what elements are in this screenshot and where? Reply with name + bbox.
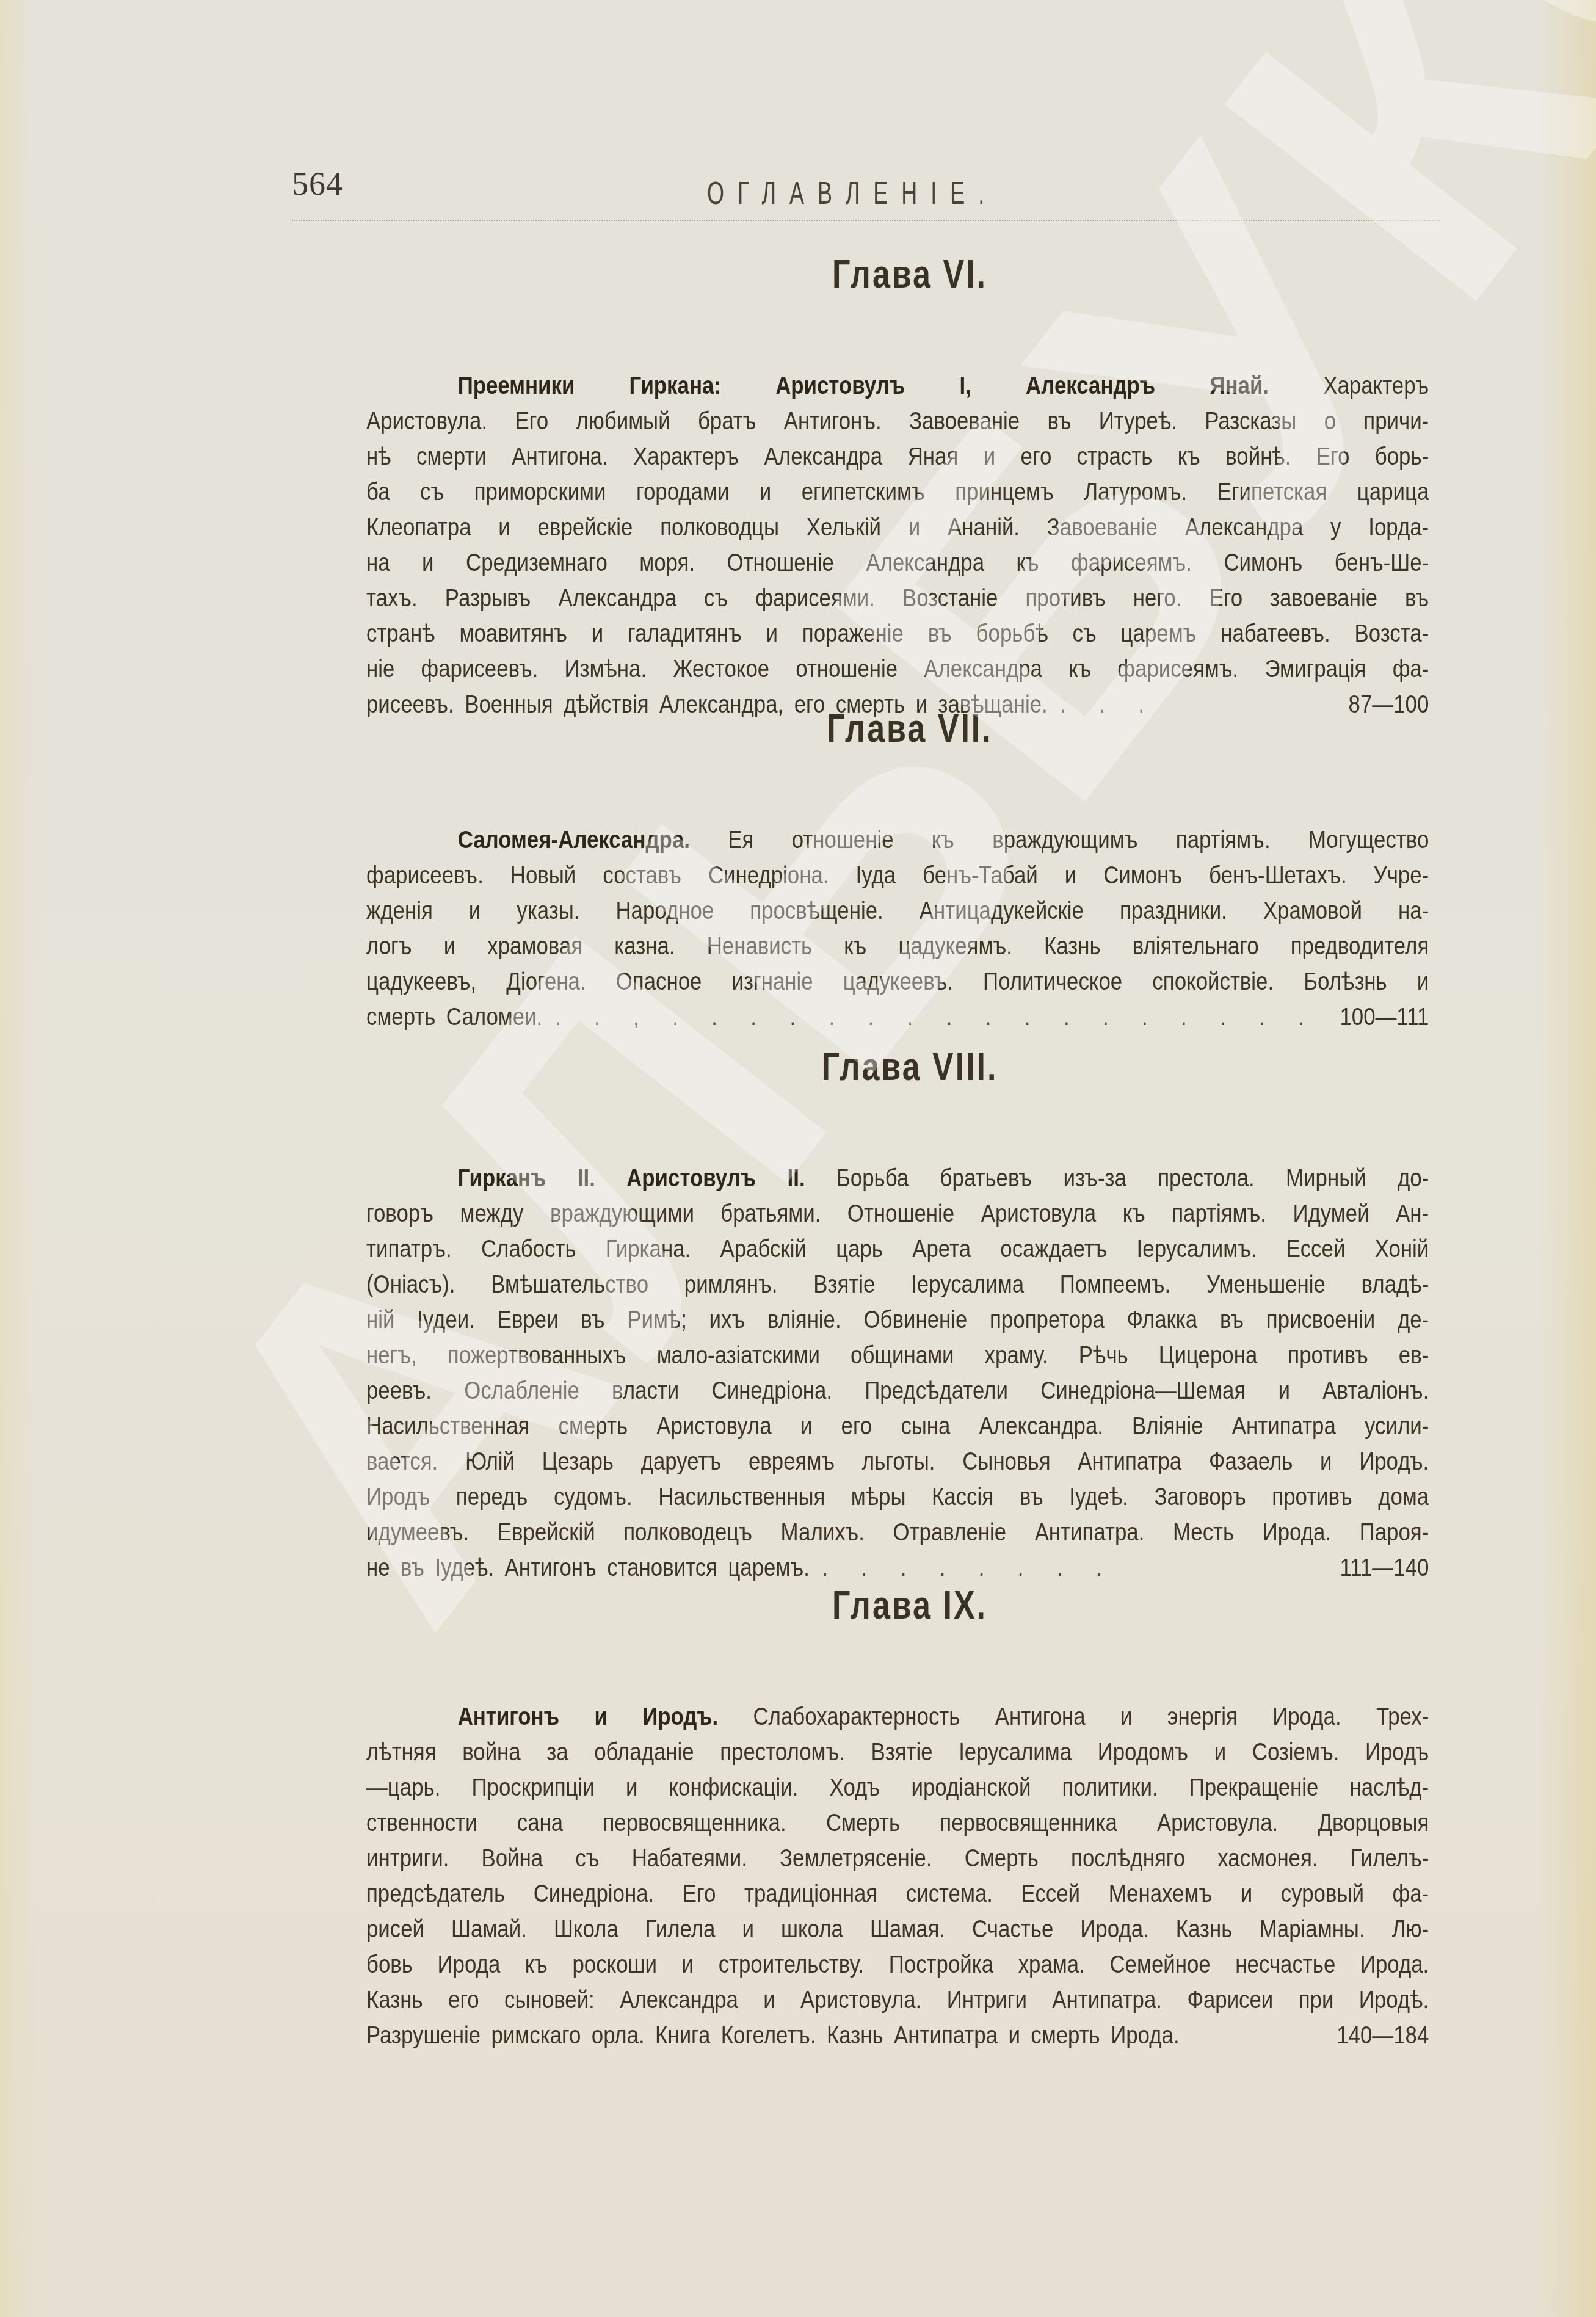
word: и	[469, 896, 481, 925]
word: въ	[1220, 1305, 1244, 1334]
book-page: АЛЬБУКС 564 ОГЛАВЛЕНІЕ. Глава VI. Преемн…	[0, 0, 1596, 2317]
chapter-title: Глава VIII.	[366, 1045, 1429, 1090]
word: негъ,	[366, 1341, 417, 1369]
word: суровый	[1281, 1879, 1364, 1908]
word: Іудеѣ.	[1069, 1482, 1128, 1511]
word: Уменьшеніе	[1206, 1270, 1326, 1299]
chapter-title: Глава VI.	[366, 252, 1429, 298]
word: еврейскіе	[538, 513, 633, 542]
word: партіямъ.	[1176, 825, 1271, 854]
word: враждующими	[550, 1199, 694, 1228]
entry-first-line: Саломея-Александра.Еяотношеніекъвраждующ…	[366, 825, 1429, 861]
word: Александра	[924, 654, 1042, 683]
word: страсть	[1077, 442, 1153, 471]
word: Созіемъ.	[1252, 1738, 1340, 1766]
word: ихъ	[709, 1305, 745, 1334]
word: Діогена.	[506, 967, 586, 996]
word: послѣдняго	[1071, 1844, 1185, 1873]
word: въ	[581, 1305, 604, 1334]
word: противъ	[1288, 1341, 1368, 1369]
word: фарисеямъ.	[1117, 654, 1238, 683]
word: Александра	[558, 584, 676, 612]
word: дома	[1378, 1482, 1429, 1511]
word: рисей	[366, 1915, 424, 1943]
word: Фазаель	[1209, 1447, 1293, 1476]
word: храма.	[1018, 1950, 1085, 1979]
word: Флакка	[1127, 1305, 1198, 1334]
entry-lead-word: Александръ	[1026, 371, 1155, 400]
entry-lead-word: Аристовулъ	[626, 1164, 756, 1192]
word: пораженіе	[802, 619, 904, 648]
word: и	[1241, 1879, 1252, 1908]
entry-lead-word: Антигонъ	[458, 1702, 559, 1731]
word: Могущество	[1308, 825, 1429, 854]
entry-first-line: ПреемникиГиркана:АристовулъI,АлександръЯ…	[366, 371, 1429, 407]
word: Аристовула.	[800, 1985, 921, 2014]
word: наслѣд-	[1350, 1773, 1429, 1802]
page-header: 564 ОГЛАВЛЕНІЕ.	[292, 165, 1440, 208]
word: Итуреѣ.	[1099, 407, 1177, 435]
word: Политическое	[983, 967, 1122, 996]
entry-line: Иродъпередъсудомъ.НасильственныямѣрыКасс…	[366, 1482, 1429, 1518]
entry-line: говоръмеждувраждующимибратьями.Отношеніе…	[366, 1199, 1429, 1235]
word: первосвященника.	[603, 1808, 786, 1837]
word: Взятіе	[871, 1738, 932, 1766]
word: и	[763, 1985, 775, 2014]
word: къ	[1123, 1199, 1145, 1228]
word: пожертвованныхъ	[448, 1341, 626, 1369]
word: Возста-	[1354, 619, 1429, 648]
word: Набатеями.	[632, 1844, 747, 1873]
word: (Оніасъ).	[366, 1270, 455, 1299]
word: указы.	[517, 896, 579, 925]
word: Дворцовыя	[1318, 1808, 1429, 1837]
entry-line: басъприморскимигородамииегипетскимъпринц…	[366, 477, 1429, 513]
word: Семейное	[1109, 1950, 1210, 1979]
word: его	[1021, 442, 1052, 471]
word: и	[909, 513, 920, 542]
word: Египетская	[1217, 477, 1327, 506]
word: на-	[1398, 896, 1429, 925]
entry-line: жденіяиуказы.Народноепросвѣщеніе.Антицад…	[366, 896, 1429, 932]
entry-line: —царь.Проскрипціииконфискаціи.Ходъиродіа…	[366, 1773, 1429, 1808]
word: бенъ-Табай	[923, 861, 1038, 890]
word: галадитянъ	[628, 619, 742, 648]
word: Александра.	[979, 1412, 1103, 1440]
word: Смерть	[965, 1844, 1039, 1873]
word: Антипатра	[1078, 1447, 1181, 1476]
word: за	[546, 1738, 568, 1766]
word: судомъ.	[554, 1482, 633, 1511]
word: жденія	[366, 896, 433, 925]
word: Синедріона.	[712, 1376, 833, 1405]
word: Слабохарактерность	[753, 1702, 960, 1731]
word: братьевъ	[940, 1164, 1032, 1192]
word: Ирода.	[1272, 1702, 1341, 1731]
word: него.	[1133, 584, 1182, 612]
word: принцемъ	[955, 477, 1054, 506]
word: къ	[1068, 654, 1091, 683]
word: Вмѣшательство	[491, 1270, 648, 1299]
word: Его	[1316, 442, 1350, 471]
word: мѣры	[851, 1482, 906, 1511]
word: Еврейскій	[498, 1518, 595, 1546]
word: владѣ-	[1362, 1270, 1429, 1299]
entry-line: Казньегосыновей:АлександраиАристовула.Ин…	[366, 1985, 1429, 2021]
word: съ	[704, 584, 728, 612]
word: говоръ	[366, 1199, 433, 1228]
word: Разсказы	[1205, 407, 1296, 435]
word: и	[444, 932, 455, 960]
entry-line: фарисеевъ.НовыйсоставъСинедріона.Іудабен…	[366, 861, 1429, 896]
word: войнѣ.	[1225, 442, 1291, 471]
entry-line: цадукеевъ,Діогена.Опасноеизгнаніецадукее…	[366, 967, 1429, 1003]
word: Насильственная	[366, 1412, 529, 1440]
word: де-	[1398, 1305, 1429, 1334]
word: отношеніе	[792, 825, 894, 854]
word: цадукеямъ.	[899, 932, 1012, 960]
word: Учре-	[1374, 861, 1429, 890]
word: Александра	[620, 1985, 738, 2014]
word: Евреи	[498, 1305, 559, 1334]
chapter-entry: ГирканъII.АристовулъII.Борьбабратьевъизъ…	[366, 1164, 1429, 1589]
word: Помпеемъ.	[1060, 1270, 1170, 1299]
entry-line: предсѣдательСинедріона.Еготрадиціоннаяси…	[366, 1879, 1429, 1915]
word: лѣтняя	[366, 1738, 437, 1766]
word: Ходъ	[830, 1773, 880, 1802]
dot-leader: . . . . . . . .	[810, 1553, 1330, 1582]
word: ственности	[366, 1808, 477, 1837]
word: къ	[1017, 548, 1039, 577]
word: передъ	[456, 1482, 528, 1511]
word: Арета	[912, 1235, 971, 1263]
word: цадукеевъ,	[366, 967, 476, 996]
word: Кассія	[932, 1482, 993, 1511]
word: энергія	[1167, 1702, 1238, 1731]
word: и	[1214, 1738, 1226, 1766]
entry-text: смерть Саломеи.	[366, 1003, 542, 1031]
word: фарисеями.	[755, 584, 875, 612]
word: Счастье	[972, 1915, 1053, 1943]
word: съ	[575, 1844, 599, 1873]
word: идумеевъ.	[366, 1518, 469, 1546]
entry-first-line: ГирканъII.АристовулъII.Борьбабратьевъизъ…	[366, 1164, 1429, 1199]
word: и	[984, 442, 995, 471]
word: на	[366, 548, 390, 577]
word: Ея	[728, 825, 753, 854]
word: Іерусалима	[911, 1270, 1024, 1299]
word: царица	[1357, 477, 1429, 506]
page-range: 111—140	[1330, 1553, 1429, 1582]
word: къ	[525, 1950, 548, 1979]
word: Его	[515, 407, 548, 435]
word: изъ-за	[1063, 1164, 1126, 1192]
word: казна.	[614, 932, 675, 960]
word: первосвященника	[940, 1808, 1117, 1837]
word: противъ	[1272, 1482, 1352, 1511]
entry-line: наиСредиземнагоморя.ОтношеніеАлександрак…	[366, 548, 1429, 584]
word: спокойствіе.	[1152, 967, 1274, 996]
chapter-6: Глава VI. ПреемникиГиркана:АристовулъI,А…	[366, 256, 1429, 725]
word: общинами	[851, 1341, 954, 1369]
word: Антигона	[995, 1702, 1086, 1731]
word: Цицерона	[1159, 1341, 1258, 1369]
word: Іуда	[856, 861, 896, 890]
word: престоломъ.	[720, 1738, 845, 1766]
word: льготы.	[862, 1447, 935, 1476]
chapter-9: Глава IX. АнтигонъиИродъ.Слабохарактерно…	[366, 1587, 1429, 2056]
word: составъ	[603, 861, 681, 890]
word: война	[462, 1738, 521, 1766]
word: Арабскій	[720, 1235, 807, 1263]
word: Отравленіе	[893, 1518, 1007, 1546]
word: Аристовула.	[366, 407, 487, 435]
word: Ослабленіе	[464, 1376, 579, 1405]
word: несчастье	[1235, 1950, 1335, 1979]
word: и	[800, 1412, 812, 1440]
chapter-entry: Саломея-Александра.Еяотношеніекъвраждующ…	[366, 825, 1429, 1038]
word: Война	[481, 1844, 543, 1873]
word: Фарисеи	[1187, 1985, 1273, 2014]
entry-lead-word: Гирканъ	[458, 1164, 546, 1192]
word: и	[1417, 967, 1429, 996]
word: Шамай.	[451, 1915, 527, 1943]
entry-text: не въ Іудеѣ. Антигонъ становится царемъ.	[366, 1553, 810, 1582]
chapter-entry: ПреемникиГиркана:АристовулъI,АлександръЯ…	[366, 371, 1429, 725]
word: Обвиненіе	[863, 1305, 967, 1334]
word: и	[1279, 1376, 1290, 1405]
entry-line: тахъ.РазрывъАлександрасъфарисеями.Возста…	[366, 584, 1429, 619]
word: Измѣна.	[565, 654, 647, 683]
word: Иродъ	[1365, 1738, 1429, 1766]
word: вается.	[366, 1447, 438, 1476]
word: Іерусалима	[959, 1738, 1072, 1766]
word: братъ	[698, 407, 756, 435]
word: Малихъ.	[781, 1518, 865, 1546]
word: Цезарь	[542, 1447, 614, 1476]
word: Народное	[615, 896, 714, 925]
word: Постройка	[889, 1950, 993, 1979]
word: нѣ	[366, 442, 391, 471]
word: Ан-	[1396, 1199, 1429, 1228]
word: и	[1065, 861, 1076, 890]
word: Идумей	[1293, 1199, 1369, 1228]
word: его	[448, 1985, 479, 2014]
word: Отношеніе	[847, 1199, 954, 1228]
word: Антигона.	[512, 442, 608, 471]
word: Ирода.	[1263, 1518, 1331, 1546]
entry-line: реевъ.ОслабленіевластиСинедріона.Предсѣд…	[366, 1376, 1429, 1412]
word: Хелькій	[807, 513, 881, 542]
word: изгнаніе	[732, 967, 813, 996]
word: Ананій.	[948, 513, 1020, 542]
entry-line: бовьИродакъроскошиистроительству.Построй…	[366, 1950, 1429, 1985]
word: фарисеямъ.	[1071, 548, 1192, 577]
word: и	[742, 1915, 753, 1943]
word: и	[498, 513, 510, 542]
entry-lead-word: I,	[959, 371, 971, 400]
word: тахъ.	[366, 584, 418, 612]
word: Маріамны.	[1259, 1915, 1365, 1943]
word: Іерусалимъ.	[1137, 1235, 1257, 1263]
word: Интриги	[947, 1985, 1027, 2014]
word: Насильственныя	[658, 1482, 825, 1511]
word: въ	[1020, 1482, 1043, 1511]
word: иродіанской	[911, 1773, 1031, 1802]
word: евреямъ	[749, 1447, 835, 1476]
word: и	[760, 477, 771, 506]
word: Хоній	[1375, 1235, 1429, 1263]
entry-last-line: смерть Саломеи. . . , . . . . . . . . . …	[366, 1003, 1429, 1038]
word: традиціонная	[744, 1879, 877, 1908]
word: Ессей	[1286, 1235, 1346, 1263]
word: Храмовой	[1263, 896, 1362, 925]
word: —царь.	[366, 1773, 440, 1802]
word: сына	[901, 1412, 950, 1440]
word: школа	[781, 1915, 843, 1943]
word: сана	[517, 1808, 563, 1837]
entry-text: Разрушеніе римскаго орла. Книга Когелетъ…	[366, 2021, 1180, 2050]
word: Симонъ	[1103, 861, 1182, 890]
word: Латуромъ.	[1084, 477, 1187, 506]
word: Аристовула	[656, 1412, 771, 1440]
word: сыновей:	[504, 1985, 595, 2014]
word: и	[682, 1950, 694, 1979]
word: фарисеевъ.	[421, 654, 539, 683]
word: Смерть	[826, 1808, 900, 1837]
entry-line: вается.ЮлійЦезарьдаруетъевреямъльготы.Сы…	[366, 1447, 1429, 1482]
word: царь	[836, 1235, 883, 1263]
entry-lead-word: Иродъ.	[642, 1702, 718, 1731]
word: Ненависть	[707, 932, 813, 960]
word: о	[1324, 407, 1336, 435]
word: ніе	[366, 654, 394, 683]
word: цадукеевъ.	[843, 967, 953, 996]
word: Проскрипціи	[471, 1773, 594, 1802]
word: Аристовула	[981, 1199, 1096, 1228]
word: ба	[366, 477, 390, 506]
entry-line: интриги.ВойнасъНабатеями.Землетрясеніе.С…	[366, 1844, 1429, 1879]
word: Болѣзнь	[1304, 967, 1387, 996]
word: братьями.	[720, 1199, 821, 1228]
word: Іорда-	[1368, 513, 1429, 542]
entry-lead-word: Саломея-Александра.	[458, 825, 690, 854]
entry-line: ственностисанапервосвященника.Смертьперв…	[366, 1808, 1429, 1844]
word: въ	[928, 619, 952, 648]
word: Казнь	[1176, 1915, 1233, 1943]
word: смерть	[559, 1412, 628, 1440]
word: Авталіонъ.	[1322, 1376, 1429, 1405]
word: Александра	[866, 548, 984, 577]
word: Иродъ.	[1359, 1447, 1429, 1476]
word: Симонъ	[1224, 548, 1302, 577]
word: противъ	[1025, 584, 1105, 612]
word: просвѣщеніе.	[750, 896, 883, 925]
word: присвоеніи	[1266, 1305, 1375, 1334]
word: бовь	[366, 1950, 413, 1979]
word: логъ	[366, 932, 412, 960]
entry-line: лѣтняявойназаобладаніепрестоломъ.ВзятіеІ…	[366, 1738, 1429, 1773]
word: Характеръ	[1323, 371, 1429, 400]
word: власти	[612, 1376, 679, 1405]
word: борьбѣ	[976, 619, 1048, 648]
word: Шамая.	[870, 1915, 945, 1943]
word: предводителя	[1291, 932, 1429, 960]
entry-line: негъ,пожертвованныхъмало-азіатскимиобщин…	[366, 1341, 1429, 1376]
word: праздники.	[1120, 896, 1227, 925]
word: у	[1330, 513, 1341, 542]
word: ній	[366, 1305, 394, 1334]
word: Сыновья	[962, 1447, 1050, 1476]
word: Юлій	[465, 1447, 515, 1476]
word: съ	[1073, 619, 1097, 648]
word: Антипатра	[1232, 1412, 1336, 1440]
page-number: 564	[292, 165, 343, 203]
word: и	[592, 619, 603, 648]
word: вліяніе.	[767, 1305, 841, 1334]
word: между	[460, 1199, 523, 1228]
word: Синедріона.	[534, 1879, 655, 1908]
word: полководцы	[660, 513, 779, 542]
word: и	[1320, 1447, 1332, 1476]
word: Ирода.	[1360, 1950, 1429, 1979]
entry-lead-word: Гиркана:	[629, 371, 721, 400]
entry-line: КлеопатраиеврейскіеполководцыХелькійиАна…	[366, 513, 1429, 548]
word: фарисеевъ.	[366, 861, 484, 890]
word: конфискаціи.	[669, 1773, 798, 1802]
word: политики.	[1062, 1773, 1158, 1802]
word: Отношеніе	[727, 548, 834, 577]
entry-line: странѣмоавитянъигаладитянъипораженіевъбо…	[366, 619, 1429, 654]
word: Средиземнаго	[466, 548, 608, 577]
word: Его	[683, 1879, 716, 1908]
word: ев-	[1399, 1341, 1429, 1369]
word: моавитянъ	[460, 619, 567, 648]
word: пропретора	[990, 1305, 1105, 1334]
entry-line: НасильственнаясмертьАристовулаиегосынаАл…	[366, 1412, 1429, 1447]
entry-line: (Оніасъ).Вмѣшательстворимлянъ.ВзятіеІеру…	[366, 1270, 1429, 1305]
word: вліятельнаго	[1133, 932, 1259, 960]
entry-line: типатръ.СлабостьГиркана.АрабскійцарьАрет…	[366, 1235, 1429, 1270]
word: Гиркана.	[606, 1235, 691, 1263]
page-range: 140—184	[1337, 2021, 1429, 2050]
word: обладаніе	[594, 1738, 694, 1766]
chapter-8: Глава VIII. ГирканъII.АристовулъII.Борьб…	[366, 1049, 1429, 1589]
word: и	[626, 1773, 637, 1802]
chapter-entry: АнтигонъиИродъ.СлабохарактерностьАнтигон…	[366, 1702, 1429, 2056]
word: полководецъ	[623, 1518, 752, 1546]
word: Завоеваніе	[909, 407, 1020, 435]
entry-line: нѣсмертиАнтигона.ХарактеръАлександраЯная…	[366, 442, 1429, 477]
word: городами	[636, 477, 729, 506]
word: усили-	[1365, 1412, 1429, 1440]
entry-line: идумеевъ.ЕврейскійполководецъМалихъ.Отра…	[366, 1518, 1429, 1553]
word: Клеопатра	[366, 513, 471, 542]
word: даруетъ	[641, 1447, 722, 1476]
word: фа-	[1393, 654, 1429, 683]
word: враждующимъ	[992, 825, 1137, 854]
entry-last-line: Разрушеніе римскаго орла. Книга Когелетъ…	[366, 2021, 1429, 2056]
word: Синедріона.	[708, 861, 829, 890]
entry-line: рисейШамай.ШколаГилелаишколаШамая.Счасть…	[366, 1915, 1429, 1950]
word: до-	[1398, 1164, 1429, 1192]
word: Гилелъ-	[1351, 1844, 1429, 1873]
word: Взятіе	[813, 1270, 875, 1299]
word: Опасное	[616, 967, 702, 996]
word: Яная	[908, 442, 959, 471]
word: Лю-	[1392, 1915, 1429, 1943]
word: Борьба	[836, 1164, 909, 1192]
